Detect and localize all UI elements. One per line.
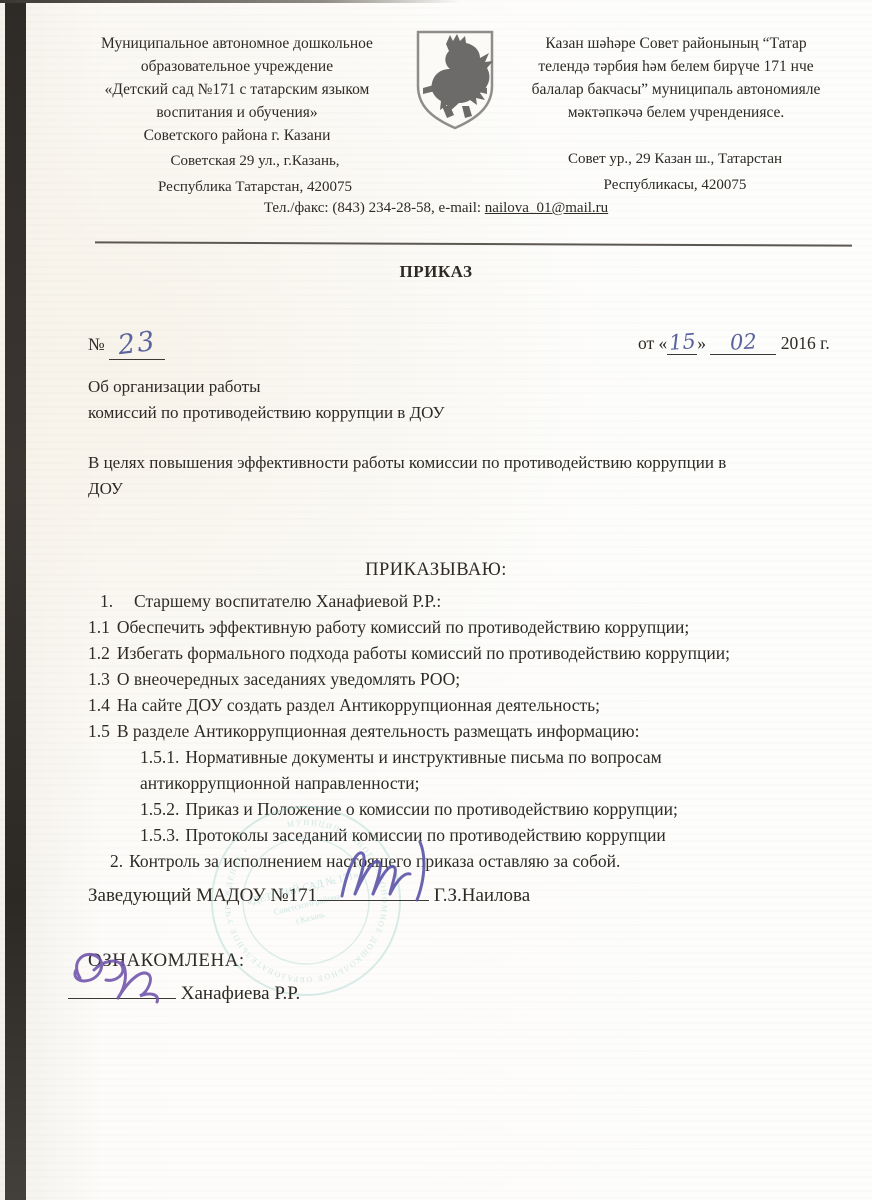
item-number: 1. xyxy=(100,588,134,614)
org-name-ru-line: образовательное учреждение xyxy=(62,55,412,78)
item-text: Обеспечить эффективную работу комиссий п… xyxy=(117,617,689,637)
order-item: 1.3О внеочередных заседаниях уведомлять … xyxy=(88,666,848,692)
date-year: 2016 г. xyxy=(781,333,830,353)
address-ru-line: Республика Татарстан, 420075 xyxy=(95,174,415,200)
date-month-handwritten: 02 xyxy=(729,329,757,354)
kazan-coat-of-arms-icon xyxy=(412,28,498,132)
acknowledged-by-name: Ханафиева Р.Р. xyxy=(181,983,300,1004)
date-day-handwritten: 15 xyxy=(668,329,696,355)
scan-edge-top xyxy=(0,0,460,3)
item-number: 1.4 xyxy=(88,692,110,718)
address-tatar: Совет ур., 29 Казан ш., Татарстан Респуб… xyxy=(510,146,840,198)
director-position-label: Заведующий МАДОУ №171 xyxy=(88,885,317,906)
org-name-ru-line: воспитания и обучения» xyxy=(62,101,412,124)
address-russian: Советская 29 ул., г.Казань, Республика Т… xyxy=(95,148,415,200)
order-number: № 23 xyxy=(88,326,165,358)
scan-edge-left xyxy=(5,0,26,1200)
order-number-handwritten: 23 xyxy=(116,326,158,361)
item-number: 1.5.1. xyxy=(140,744,179,770)
subject-line: Об организации работы xyxy=(88,374,445,400)
org-name-tt-line: телендә тәрбия һәм белем бирүче 171 нче xyxy=(500,55,852,78)
org-name-tt-line: балалар бакчасы” муниципаль автономияле xyxy=(500,78,852,101)
phone-fax-label: Тел./факс: (843) 234-28-58, e-mail: xyxy=(264,200,485,216)
order-number-label: № xyxy=(88,334,105,354)
item-text: Избегать формального подхода работы коми… xyxy=(117,643,730,663)
item-number: 1.1 xyxy=(88,614,110,640)
item-number: 1.5.3. xyxy=(140,822,179,848)
order-subject: Об организации работы комиссий по против… xyxy=(88,374,445,426)
item-text: О внеочередных заседаниях уведомлять РОО… xyxy=(117,669,460,689)
header-divider xyxy=(95,241,852,246)
address-tt-line: Республикасы, 420075 xyxy=(510,172,840,198)
org-name-tatar: Казан шәһәре Совет районының “Татар теле… xyxy=(500,32,852,124)
org-name-tt-line: мәктәпкәчә белем учрендениясе. xyxy=(500,101,852,124)
item-text: На сайте ДОУ создать раздел Антикоррупци… xyxy=(117,695,600,715)
item-number: 2. xyxy=(110,848,123,874)
item-text: Старшему воспитателю Ханафиевой Р.Р.: xyxy=(134,591,441,611)
order-purpose: В целях повышения эффективности работы к… xyxy=(88,450,726,502)
contact-line: Тел./факс: (843) 234-28-58, e-mail: nail… xyxy=(0,200,872,217)
address-ru-line: Советская 29 ул., г.Казань, xyxy=(95,148,415,174)
purpose-line: В целях повышения эффективности работы к… xyxy=(88,450,726,476)
resolution-heading: ПРИКАЗЫВАЮ: xyxy=(0,560,872,581)
item-number: 1.3 xyxy=(88,666,110,692)
email-link[interactable]: nailova_01@mail.ru xyxy=(485,200,608,216)
address-tt-line: Совет ур., 29 Казан ш., Татарстан xyxy=(510,146,840,172)
order-item: антикоррупционной направленности; xyxy=(88,770,848,796)
order-item: 1.2Избегать формального подхода работы к… xyxy=(88,640,848,666)
purpose-line: ДОУ xyxy=(88,476,726,502)
date-prefix: от « xyxy=(638,333,667,353)
stamp-center-line3: г.Казань xyxy=(295,909,326,926)
item-number: 1.5.2. xyxy=(140,796,179,822)
date-close-quote: » xyxy=(697,333,706,353)
order-date: от «15» 02 2016 г. xyxy=(638,330,830,355)
order-item: 1.5.1.Нормативные документы и инструктив… xyxy=(88,744,848,770)
org-name-tt-line: Казан шәһәре Совет районының “Татар xyxy=(500,32,852,55)
order-item: 1.4На сайте ДОУ создать раздел Антикорру… xyxy=(88,692,848,718)
director-name: Г.З.Наилова xyxy=(434,885,530,906)
director-signature-row: Заведующий МАДОУ №171 Г.З.Наилова xyxy=(88,880,530,907)
document-scan: Муниципальное автономное дошкольное обра… xyxy=(0,0,872,1200)
item-number: 1.5 xyxy=(88,718,110,744)
item-text: Нормативные документы и инструктивные пи… xyxy=(185,747,661,767)
order-item: 1.1Обеспечить эффективную работу комисси… xyxy=(88,614,848,640)
item-number: 1.2 xyxy=(88,640,110,666)
director-signature-icon xyxy=(332,834,442,906)
org-name-ru-line: Советского района г. Казани xyxy=(62,124,412,147)
order-item: 1.5В разделе Антикоррупционная деятельно… xyxy=(88,718,848,744)
order-title: ПРИКАЗ xyxy=(0,262,872,282)
org-name-ru-line: «Детский сад №171 с татарским языком xyxy=(62,78,412,101)
acknowledgement-signature-icon xyxy=(60,948,190,1006)
order-item: 1.Старшему воспитателю Ханафиевой Р.Р.: xyxy=(88,588,848,614)
subject-line: комиссий по противодействию коррупции в … xyxy=(88,400,445,426)
item-text: В разделе Антикоррупционная деятельность… xyxy=(117,721,640,741)
org-name-russian: Муниципальное автономное дошкольное обра… xyxy=(62,32,412,147)
org-name-ru-line: Муниципальное автономное дошкольное xyxy=(62,32,412,55)
